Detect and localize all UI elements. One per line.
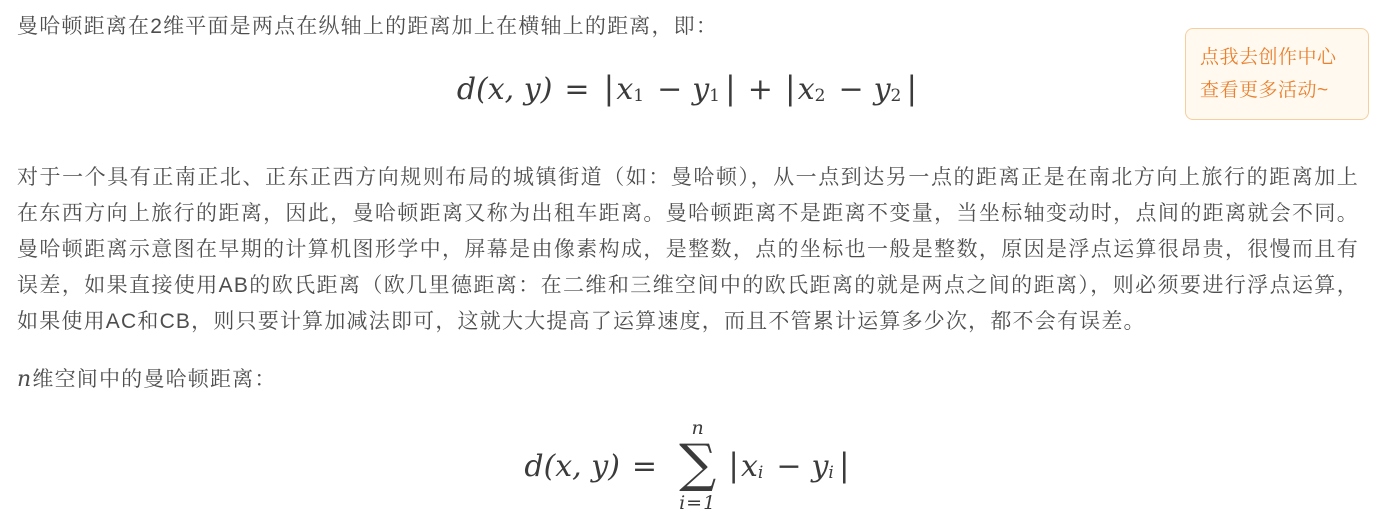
var-y2: y (874, 72, 891, 107)
intro-paragraph: 曼哈顿距离在2维平面是两点在纵轴上的距离加上在横轴上的距离，即： (17, 10, 1359, 44)
abs-bar: | (602, 69, 617, 107)
equals-sign: = (564, 72, 589, 107)
body-paragraph: 对于一个具有正南正北、正东正西方向规则布局的城镇街道（如：曼哈顿），从一点到达另… (17, 160, 1359, 340)
subscript-2: 2 (891, 86, 902, 106)
abs-bar: | (783, 69, 798, 107)
equals-sign: = (632, 449, 657, 484)
formula-lhs: d(x, y) (457, 72, 553, 107)
formula-2d-manhattan-distance: d(x, y) = | x 1 − y 1 | + | x 2 − y 2 | (17, 64, 1359, 114)
var-yi: y (811, 449, 828, 484)
subscript-1: 1 (709, 86, 720, 106)
abs-bar: | (904, 69, 919, 107)
ndim-heading-text: 维空间中的曼哈顿距离： (32, 368, 276, 391)
minus-sign: − (657, 72, 682, 107)
var-x1: x (616, 72, 633, 107)
minus-sign: − (776, 449, 801, 484)
abs-bar: | (837, 446, 852, 484)
var-xi: x (741, 449, 758, 484)
subscript-1: 1 (633, 86, 644, 106)
subscript-i: i (828, 463, 833, 483)
sum-lower-limit: i=1 (679, 494, 716, 513)
var-n: n (17, 367, 32, 392)
abs-bar: | (723, 69, 738, 107)
formula-nd-manhattan-distance: d(x, y) = n ∑ i=1 | x i − y i | (17, 416, 1359, 516)
promo-banner: 点我去创作中心查看更多活动~ (1185, 28, 1369, 120)
summation-block: n ∑ i=1 (679, 419, 716, 512)
article-page: 曼哈顿距离在2维平面是两点在纵轴上的距离加上在横轴上的距离，即： d(x, y)… (0, 0, 1375, 517)
article-content: 曼哈顿距离在2维平面是两点在纵轴上的距离加上在横轴上的距离，即： d(x, y)… (0, 0, 1375, 516)
ndim-heading: n维空间中的曼哈顿距离： (17, 362, 1359, 398)
var-y1: y (692, 72, 709, 107)
subscript-i: i (758, 463, 763, 483)
promo-link[interactable]: 点我去创作中心查看更多活动~ (1200, 47, 1337, 101)
formula-lhs: d(x, y) (524, 449, 620, 484)
minus-sign: − (838, 72, 863, 107)
subscript-2: 2 (815, 86, 826, 106)
abs-bar: | (726, 446, 741, 484)
sigma-icon: ∑ (679, 440, 716, 489)
var-x2: x (798, 72, 815, 107)
plus-sign: + (748, 72, 773, 107)
